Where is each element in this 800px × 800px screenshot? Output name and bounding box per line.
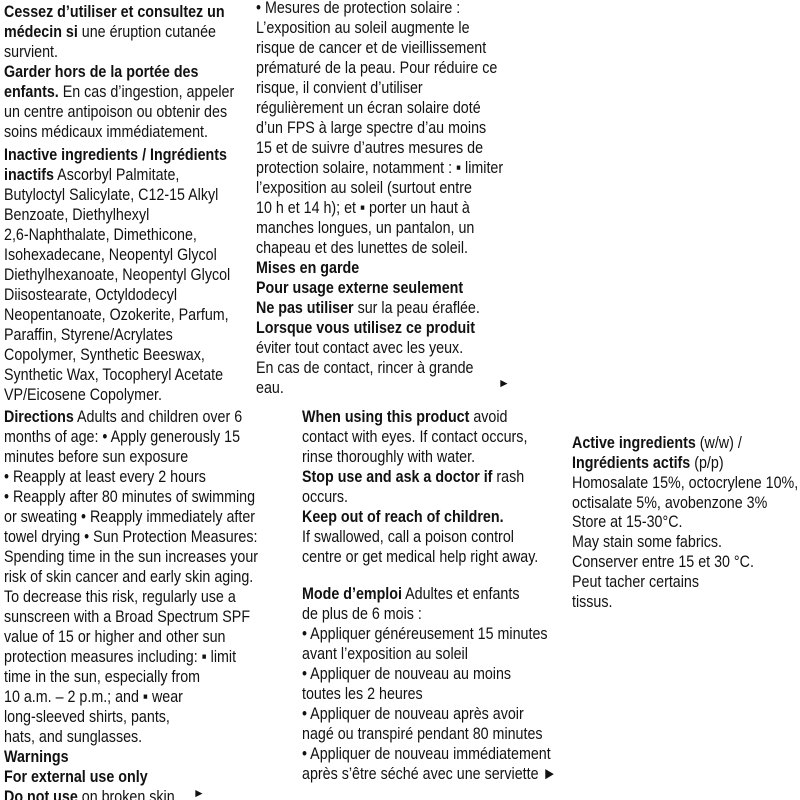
bold-heading: Mode d’emploi <box>302 584 402 603</box>
text-line: inactifs Ascorbyl Palmitate, <box>4 165 179 185</box>
body-text: Peut tacher certains <box>572 572 699 591</box>
text-line: Store at 15-30°C. <box>572 512 682 532</box>
text-line: Copolymer, Synthetic Beeswax, <box>4 345 205 365</box>
text-line: toutes les 2 heures <box>302 684 423 704</box>
body-text: • Appliquer de nouveau après avoir <box>302 704 524 723</box>
body-text: time in the sun, especially from <box>4 667 200 686</box>
bold-heading: Stop use and ask a doctor if <box>302 467 492 486</box>
body-text: prématuré de la peau. Pour réduire ce <box>256 58 497 77</box>
text-line: Diisostearate, Octyldodecyl <box>4 285 177 305</box>
bold-heading: Keep out of reach of children. <box>302 507 504 526</box>
body-text: (p/p) <box>690 453 723 472</box>
body-text: Benzoate, Diethylhexyl <box>4 205 149 224</box>
text-line: sunscreen with a Broad Spectrum SPF <box>4 607 250 627</box>
text-line: • Reapply at least every 2 hours <box>4 467 206 487</box>
text-line: d’un FPS à large spectre d’au moins <box>256 118 486 138</box>
text-line: rinse thoroughly with water. <box>302 447 475 467</box>
body-text: contact with eyes. If contact occurs, <box>302 427 527 446</box>
text-line: contact with eyes. If contact occurs, <box>302 427 527 447</box>
body-text: une éruption cutanée <box>78 22 216 41</box>
text-line: • Appliquer de nouveau au moins <box>302 664 511 684</box>
bold-heading: Do not use <box>4 787 78 800</box>
body-text: éviter tout contact avec les yeux. <box>256 338 463 357</box>
text-line: • Appliquer de nouveau après avoir <box>302 704 524 724</box>
text-line: Inactive ingredients / Ingrédients <box>4 145 227 165</box>
body-text: Paraffin, Styrene/Acrylates <box>4 325 173 344</box>
text-line: tissus. <box>572 592 612 612</box>
body-text: Diethylhexanoate, Neopentyl Glycol <box>4 265 230 284</box>
body-text: octisalate 5%, avobenzone 3% <box>572 493 767 512</box>
body-text: May stain some fabrics. <box>572 532 722 551</box>
text-line: éviter tout contact avec les yeux. <box>256 338 463 358</box>
body-text: l’exposition au soleil (surtout entre <box>256 178 472 197</box>
body-text: Homosalate 15%, octocrylene 10%, <box>572 473 798 492</box>
text-line: Garder hors de la portée des <box>4 62 198 82</box>
text-line: risque, il convient d’utiliser <box>256 78 423 98</box>
text-line: towel drying • Sun Protection Measures: <box>4 527 257 547</box>
text-line: Pour usage externe seulement <box>256 278 463 298</box>
text-line: 2,6-Naphthalate, Dimethicone, <box>4 225 197 245</box>
text-line: Isohexadecane, Neopentyl Glycol <box>4 245 217 265</box>
bold-heading: inactifs <box>4 165 54 184</box>
text-line: time in the sun, especially from <box>4 667 200 687</box>
body-text: manches longues, un pantalon, un <box>256 218 474 237</box>
text-line: Ingrédients actifs (p/p) <box>572 453 724 473</box>
text-line: Paraffin, Styrene/Acrylates <box>4 325 173 345</box>
body-text: occurs. <box>302 487 348 506</box>
body-text: rinse thoroughly with water. <box>302 447 475 466</box>
text-line: centre or get medical help right away. <box>302 547 538 567</box>
text-line: chapeau et des lunettes de soleil. <box>256 238 468 258</box>
text-line: Synthetic Wax, Tocopheryl Acetate <box>4 365 223 385</box>
body-text: Spending time in the sun increases your <box>4 547 258 566</box>
body-text: avant l’exposition au soleil <box>302 644 468 663</box>
bold-heading: Mises en garde <box>256 258 359 277</box>
body-text: value of 15 or higher and other sun <box>4 627 225 646</box>
text-line: survient. <box>4 42 58 62</box>
text-line: Benzoate, Diethylhexyl <box>4 205 149 225</box>
body-text: Adultes et enfants <box>402 584 520 603</box>
continue-arrow-icon: ► <box>193 787 205 799</box>
text-line: l’exposition au soleil (surtout entre <box>256 178 472 198</box>
body-text: survient. <box>4 42 58 61</box>
text-line: If swallowed, call a poison control <box>302 527 514 547</box>
body-text: 10 h et 14 h); et ▪ porter un haut à <box>256 198 470 217</box>
body-text: • Reapply at least every 2 hours <box>4 467 206 486</box>
body-text: • Mesures de protection solaire : <box>256 0 460 17</box>
body-text: Isohexadecane, Neopentyl Glycol <box>4 245 217 264</box>
body-text: sunscreen with a Broad Spectrum SPF <box>4 607 250 626</box>
text-line: hats, and sunglasses. <box>4 727 142 747</box>
body-text: Adults and children over 6 <box>74 407 242 426</box>
body-text: L’exposition au soleil augmente le <box>256 18 470 37</box>
body-text: eau. <box>256 378 284 397</box>
body-text: Conserver entre 15 et 30 °C. <box>572 552 754 571</box>
body-text: months of age: • Apply generously 15 <box>4 427 240 446</box>
body-text: risk of skin cancer and early skin aging… <box>4 567 253 586</box>
text-line: or sweating • Reapply immediately after <box>4 507 255 527</box>
body-text: centre or get medical help right away. <box>302 547 538 566</box>
bold-heading: Garder hors de la portée des <box>4 62 198 81</box>
body-text: long-sleeved shirts, pants, <box>4 707 170 726</box>
body-text: hats, and sunglasses. <box>4 727 142 746</box>
body-text: un centre antipoison ou obtenir des <box>4 102 227 121</box>
body-text: rash <box>492 467 524 486</box>
body-text: Ascorbyl Palmitate, <box>54 165 179 184</box>
text-line: Butyloctyl Salicylate, C12-15 Alkyl <box>4 185 218 205</box>
body-text: de plus de 6 mois : <box>302 604 422 623</box>
body-text: • Appliquer généreusement 15 minutes <box>302 624 548 643</box>
text-line: 15 et de suivre d’autres mesures de <box>256 138 483 158</box>
body-text: Neopentanoate, Ozokerite, Parfum, <box>4 305 229 324</box>
text-line: risk of skin cancer and early skin aging… <box>4 567 253 587</box>
body-text: chapeau et des lunettes de soleil. <box>256 238 468 257</box>
text-line: prématuré de la peau. Pour réduire ce <box>256 58 497 78</box>
body-text: If swallowed, call a poison control <box>302 527 514 546</box>
text-line: manches longues, un pantalon, un <box>256 218 474 238</box>
text-line: • Mesures de protection solaire : <box>256 0 460 18</box>
text-line: Conserver entre 15 et 30 °C. <box>572 552 754 572</box>
body-text: protection solaire, notamment : ▪ limite… <box>256 158 503 177</box>
text-line: • Reapply after 80 minutes of swimming <box>4 487 255 507</box>
body-text: 2,6-Naphthalate, Dimethicone, <box>4 225 197 244</box>
text-line: risque de cancer et de vieillissement <box>256 38 486 58</box>
text-line: Spending time in the sun increases your <box>4 547 258 567</box>
body-text: 15 et de suivre d’autres mesures de <box>256 138 483 157</box>
text-line: protection solaire, notamment : ▪ limite… <box>256 158 503 178</box>
text-line: soins médicaux immédiatement. <box>4 122 208 142</box>
body-text: • Appliquer de nouveau immédiatement <box>302 744 551 763</box>
text-line: Do not use on broken skin. <box>4 787 179 800</box>
text-line: de plus de 6 mois : <box>302 604 422 624</box>
text-line: To decrease this risk, regularly use a <box>4 587 236 607</box>
text-line: Stop use and ask a doctor if rash <box>302 467 524 487</box>
text-line: Mises en garde <box>256 258 359 278</box>
body-text: d’un FPS à large spectre d’au moins <box>256 118 486 137</box>
body-text: nagé ou transpiré pendant 80 minutes <box>302 724 543 743</box>
text-line: protection measures including: ▪ limit <box>4 647 236 667</box>
text-line: octisalate 5%, avobenzone 3% <box>572 493 767 513</box>
body-text: toutes les 2 heures <box>302 684 423 703</box>
body-text: sur la peau éraflée. <box>354 298 480 317</box>
body-text: (w/w) / <box>696 433 742 452</box>
bold-heading: enfants. <box>4 82 59 101</box>
body-text: Store at 15-30°C. <box>572 512 682 531</box>
bold-heading: Ingrédients actifs <box>572 453 690 472</box>
text-line: Homosalate 15%, octocrylene 10%, <box>572 473 798 493</box>
body-text: Butyloctyl Salicylate, C12-15 Alkyl <box>4 185 218 204</box>
text-line: Diethylhexanoate, Neopentyl Glycol <box>4 265 230 285</box>
text-line: Neopentanoate, Ozokerite, Parfum, <box>4 305 229 325</box>
bold-heading: Pour usage externe seulement <box>256 278 463 297</box>
body-text: Synthetic Wax, Tocopheryl Acetate <box>4 365 223 384</box>
text-line: Cessez d’utiliser et consultez un <box>4 2 225 22</box>
text-line: avant l’exposition au soleil <box>302 644 468 664</box>
text-line: 10 a.m. – 2 p.m.; and ▪ wear <box>4 687 183 707</box>
text-line: régulièrement un écran solaire doté <box>256 98 481 118</box>
text-line: un centre antipoison ou obtenir des <box>4 102 227 122</box>
body-text: VP/Eicosene Copolymer. <box>4 385 162 404</box>
text-line: occurs. <box>302 487 348 507</box>
body-text: Copolymer, Synthetic Beeswax, <box>4 345 205 364</box>
text-line: Directions Adults and children over 6 <box>4 407 242 427</box>
body-text: or sweating • Reapply immediately after <box>4 507 255 526</box>
text-line: For external use only <box>4 767 148 787</box>
body-text: towel drying • Sun Protection Measures: <box>4 527 257 546</box>
body-text: En cas de contact, rincer à grande <box>256 358 474 377</box>
bold-heading: Lorsque vous utilisez ce produit <box>256 318 475 337</box>
body-text: risque, il convient d’utiliser <box>256 78 423 97</box>
text-line: Keep out of reach of children. <box>302 507 504 527</box>
body-text: • Appliquer de nouveau au moins <box>302 664 511 683</box>
text-line: eau. <box>256 378 284 398</box>
text-line: enfants. En cas d’ingestion, appeler <box>4 82 234 102</box>
bold-heading: Ne pas utiliser <box>256 298 354 317</box>
text-line: Active ingredients (w/w) / <box>572 433 742 453</box>
bold-heading: Cessez d’utiliser et consultez un <box>4 2 225 21</box>
text-line: long-sleeved shirts, pants, <box>4 707 170 727</box>
bold-heading: Inactive ingredients / Ingrédients <box>4 145 227 164</box>
body-text: Diisostearate, Octyldodecyl <box>4 285 177 304</box>
text-line: après s’être séché avec une serviette ► <box>302 764 557 784</box>
bold-heading: For external use only <box>4 767 148 786</box>
text-line: minutes before sun exposure <box>4 447 188 467</box>
text-line: Ne pas utiliser sur la peau éraflée. <box>256 298 480 318</box>
bold-heading: When using this product <box>302 407 469 426</box>
text-line: May stain some fabrics. <box>572 532 722 552</box>
body-text: 10 a.m. – 2 p.m.; and ▪ wear <box>4 687 183 706</box>
text-line: VP/Eicosene Copolymer. <box>4 385 162 405</box>
text-line: • Appliquer généreusement 15 minutes <box>302 624 548 644</box>
bold-heading: Active ingredients <box>572 433 696 452</box>
body-text: To decrease this risk, regularly use a <box>4 587 236 606</box>
text-line: Peut tacher certains <box>572 572 699 592</box>
body-text: tissus. <box>572 592 612 611</box>
body-text: soins médicaux immédiatement. <box>4 122 208 141</box>
text-line: En cas de contact, rincer à grande <box>256 358 474 378</box>
body-text: on broken skin. <box>78 787 179 800</box>
text-line: médecin si une éruption cutanée <box>4 22 216 42</box>
text-line: Warnings <box>4 747 69 767</box>
body-text: avoid <box>469 407 507 426</box>
body-text: risque de cancer et de vieillissement <box>256 38 486 57</box>
body-text: • Reapply after 80 minutes of swimming <box>4 487 255 506</box>
body-text: régulièrement un écran solaire doté <box>256 98 481 117</box>
text-line: When using this product avoid <box>302 407 507 427</box>
bold-heading: Warnings <box>4 747 69 766</box>
text-line: months of age: • Apply generously 15 <box>4 427 240 447</box>
body-text: protection measures including: ▪ limit <box>4 647 236 666</box>
continue-arrow-icon: ► <box>498 377 510 389</box>
bold-heading: Directions <box>4 407 74 426</box>
body-text: minutes before sun exposure <box>4 447 188 466</box>
text-line: • Appliquer de nouveau immédiatement <box>302 744 551 764</box>
text-line: Lorsque vous utilisez ce produit <box>256 318 475 338</box>
body-text: après s’être séché avec une serviette ► <box>302 764 557 783</box>
text-line: value of 15 or higher and other sun <box>4 627 225 647</box>
text-line: 10 h et 14 h); et ▪ porter un haut à <box>256 198 470 218</box>
text-line: L’exposition au soleil augmente le <box>256 18 470 38</box>
body-text: En cas d’ingestion, appeler <box>59 82 234 101</box>
text-line: Mode d’emploi Adultes et enfants <box>302 584 519 604</box>
bold-heading: médecin si <box>4 22 78 41</box>
text-line: nagé ou transpiré pendant 80 minutes <box>302 724 543 744</box>
